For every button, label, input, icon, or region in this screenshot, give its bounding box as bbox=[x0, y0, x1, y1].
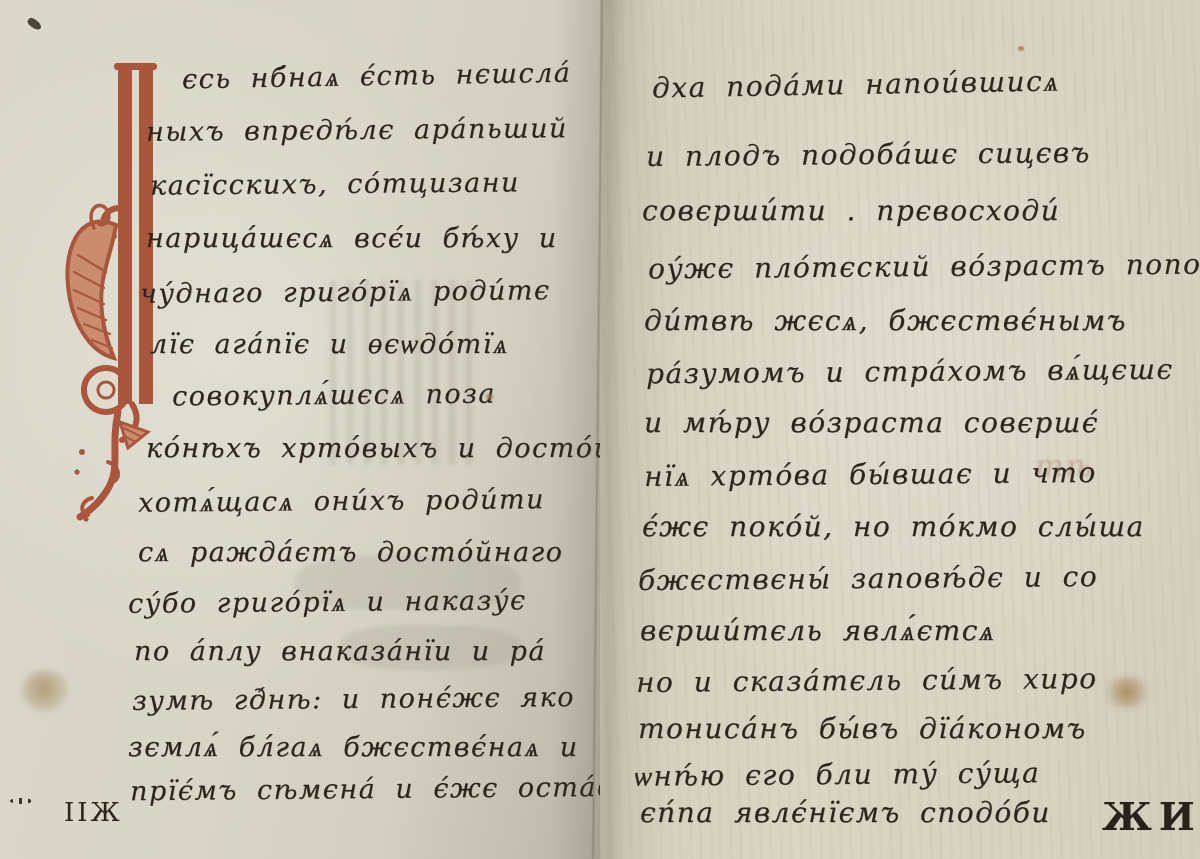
manuscript-photo: ІІЖ єсь нб́наѧ є́сть нєшсла́ныхъ впрєдѣ́… bbox=[0, 0, 1200, 859]
catchword: ЖИТЪ bbox=[1102, 798, 1200, 836]
manuscript-line: нарица́шєсѧ всє́и бѣ́ху и bbox=[146, 224, 558, 254]
manuscript-line: и мѣ́ру во́зраста совєршє́ bbox=[644, 408, 1099, 439]
manuscript-line: тониса́нъ бы́въ дїа́кономъ bbox=[638, 714, 1087, 745]
speck bbox=[10, 798, 32, 804]
manuscript-line: зумѣ гд́нѣ: и понє́жє яко bbox=[132, 683, 575, 717]
manuscript-line: ѡнѣ́ю єго бли ту́ су́ща bbox=[634, 758, 1041, 792]
manuscript-line: оу́жє пло́тєский во́зрастъ попо bbox=[648, 250, 1200, 286]
manuscript-line: бжєствєны́ заповѣ́дє и со bbox=[638, 562, 1098, 597]
manuscript-line: прїє́мъ сѣмєна́ и є́жє оста́во bbox=[130, 773, 632, 807]
red-speck bbox=[1018, 46, 1024, 51]
manuscript-line: чу́днаго григо́рїѧ роди́тє bbox=[140, 276, 551, 309]
quire-signature: ІІЖ bbox=[64, 800, 123, 826]
manuscript-line: дха пода́ми напои́вшисѧ bbox=[652, 66, 1060, 104]
manuscript-line: су́бо григо́рїѧ и наказу́є bbox=[128, 586, 527, 619]
manuscript-line: хотѧ́щасѧ они́хъ роди́ти bbox=[138, 485, 545, 518]
manuscript-line: совєрши́ти . прєвосходи́ bbox=[642, 196, 1060, 227]
manuscript-line: но и сказа́тєль си́мъ хиро bbox=[636, 664, 1098, 699]
manuscript-line: є́жє поко́й, но то́кмо слы́ша bbox=[642, 512, 1145, 543]
speck bbox=[486, 394, 493, 400]
stain bbox=[1104, 676, 1150, 708]
manuscript-line: ра́зумомъ и стра́хомъ вѧ́щєшє bbox=[646, 355, 1174, 390]
manuscript-line: касїсскихъ, со́тцизани bbox=[150, 168, 520, 201]
stain bbox=[22, 670, 70, 712]
manuscript-line: єп́па явлє́нїємъ сподо́би bbox=[640, 798, 1051, 829]
manuscript-line: нїѧ хрто́ва бы́вшає и что bbox=[644, 458, 1097, 493]
manuscript-line: єсь нб́наѧ є́сть нєшсла́ bbox=[182, 59, 572, 95]
manuscript-line: и плодъ подоба́шє сицєвъ bbox=[646, 138, 1091, 173]
manuscript-line: вєрши́тєль явлѧ́єтсѧ bbox=[640, 616, 996, 647]
manuscript-line: зємлѧ́ бл́гаѧ бжєствє́наѧ и bbox=[128, 733, 579, 763]
right-page: тѣ ЖИТЪ дха пода́ми напои́вшисѧи плодъ п… bbox=[600, 0, 1200, 859]
manuscript-line: сѧ ражда́єтъ досто́йнаго bbox=[138, 538, 563, 568]
manuscript-line: ныхъ впрєдѣ́лє ара́пьший bbox=[146, 114, 568, 147]
left-page: ІІЖ єсь нб́наѧ є́сть нєшсла́ныхъ впрєдѣ́… bbox=[0, 0, 600, 859]
manuscript-line: ди́твѣ жєсѧ, бжєствє́нымъ bbox=[644, 306, 1127, 337]
manuscript-line: совокуплѧ́шєсѧ поза bbox=[172, 380, 496, 413]
manuscript-line: лїє ага́пїє и ѳєѡдо́тїѧ bbox=[150, 330, 509, 360]
manuscript-line: ко́нѣхъ хрто́выхъ и досто́йно bbox=[146, 434, 649, 464]
manuscript-line: по а́плу внаказа́нїи и ра́ bbox=[134, 637, 546, 667]
